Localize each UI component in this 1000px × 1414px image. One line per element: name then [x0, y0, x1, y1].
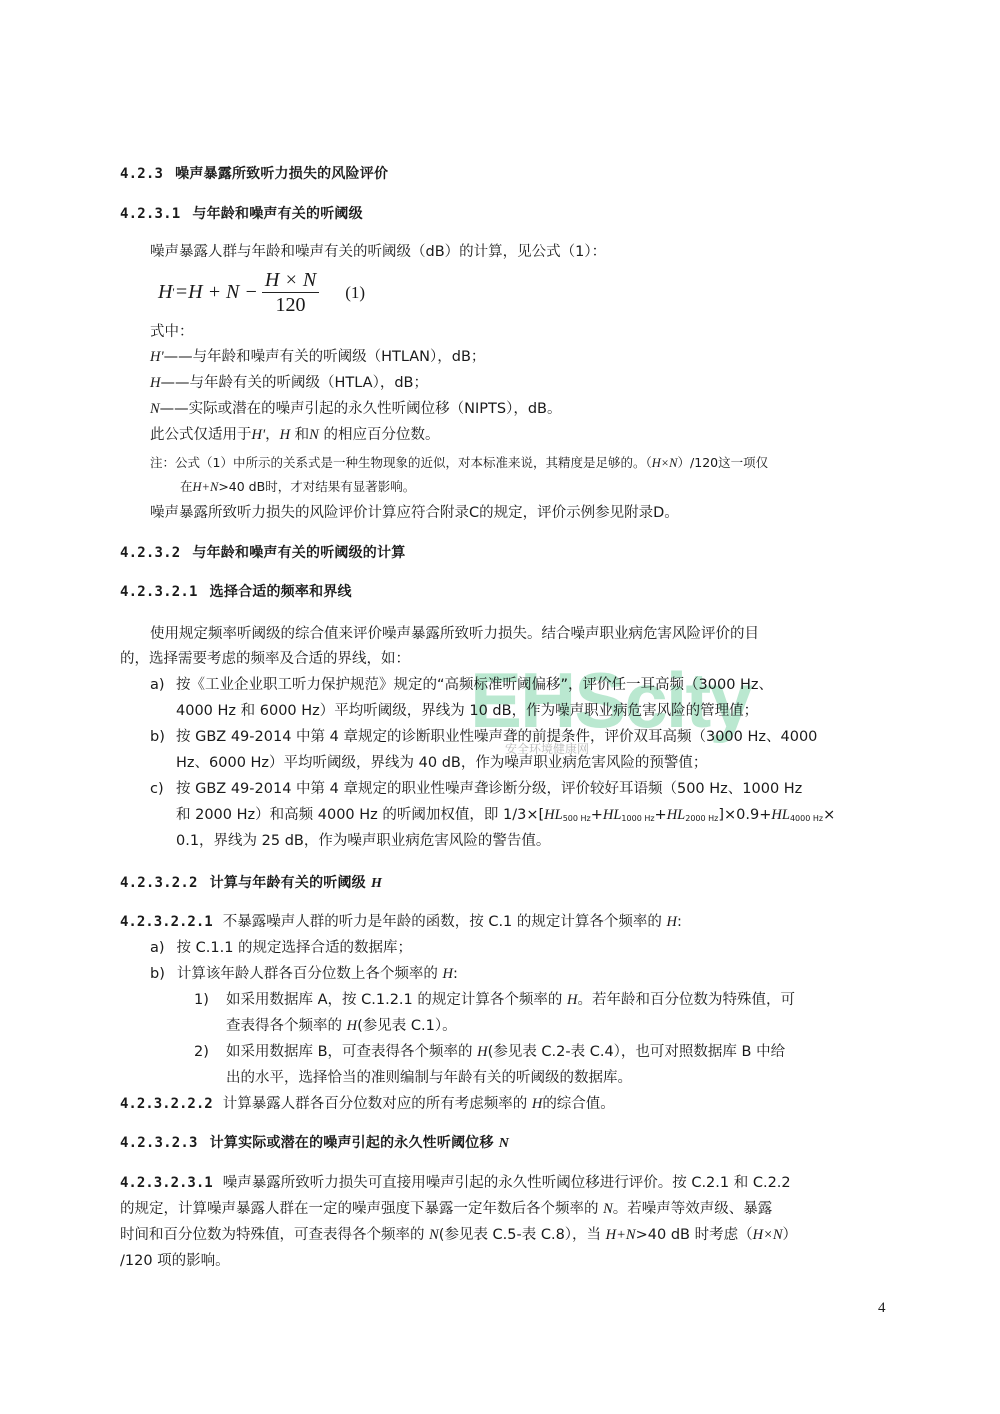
- heading-4-2-3: 4.2.3噪声暴露所致听力损失的风险评价: [120, 164, 388, 184]
- definition-n: N——实际或潜在的噪声引起的永久性听阈位移（NIPTS），dB。: [150, 399, 562, 419]
- heading-4-2-3-1: 4.2.3.1与年龄和噪声有关的听阈级: [120, 204, 363, 224]
- list-item-h-b: b)计算该年龄人群各百分位数上各个频率的 H:: [150, 964, 458, 984]
- clause-4-2-3-2-2-1: 4.2.3.2.2.1不暴露噪声人群的听力是年龄的函数，按 C.1 的规定计算各…: [120, 912, 682, 932]
- subitem-1-line-2: 查表得各个频率的 H(参见表 C.1）。: [226, 1016, 457, 1036]
- list-item-h-a: a)按 C.1.1 的规定选择合适的数据库；: [150, 938, 412, 958]
- heading-4-2-3-2: 4.2.3.2与年龄和噪声有关的听阈级的计算: [120, 543, 405, 563]
- list-item-c-line-2: 和 2000 Hz）和高频 4000 Hz 的听阈加权值，即 1/3×[HL50…: [176, 805, 835, 829]
- clause-4-2-3-2-3-1-line-3: 时间和百分位数为特殊值，可查表得各个频率的 N(参见表 C.5-表 C.8），当…: [120, 1225, 797, 1245]
- definition-h: H——与年龄有关的听阈级（HTLA），dB；: [150, 373, 428, 393]
- clause-4-2-3-2-3-1-line-4: /120 项的影响。: [120, 1251, 230, 1271]
- list-item-c-line-1: 按 GBZ 49-2014 中第 4 章规定的职业性噪声聋诊断分级，评价较好耳语…: [176, 779, 802, 799]
- subitem-2-line-2: 出的水平，选择恰当的准则编制与年龄有关的听阈级的数据库。: [226, 1068, 632, 1088]
- paragraph-frequency-line-1: 使用规定频率听阈级的综合值来评价噪声暴露所致听力损失。结合噪声职业病危害风险评价…: [150, 624, 759, 644]
- list-item-c-line-3: 0.1，界线为 25 dB，作为噪声职业病危害风险的警告值。: [176, 831, 550, 851]
- paragraph-frequency-line-2: 的，选择需要考虑的频率及合适的界线，如：: [120, 649, 410, 669]
- list-item-a-line-1: 按《工业企业职工听力保护规范》规定的“高频标准听阈偏移”，评价任一耳高频（300…: [176, 675, 773, 695]
- page-number: 4: [878, 1300, 886, 1317]
- clause-4-2-3-2-2-2: 4.2.3.2.2.2计算暴露人群各百分位数对应的所有考虑频率的 H的综合值。: [120, 1094, 615, 1114]
- note-line-2: 在H+N>40 dB时，才对结果有显著影响。: [180, 477, 415, 497]
- where-label: 式中：: [150, 322, 194, 342]
- definition-h-prime: H'——与年龄和噪声有关的听阈级（HTLAN），dB；: [150, 347, 485, 367]
- heading-4-2-3-2-2: 4.2.3.2.2计算与年龄有关的听阈级 H: [120, 873, 382, 894]
- subitem-2-label: 2): [194, 1042, 209, 1062]
- list-item-b-label: b): [150, 727, 165, 747]
- list-item-b-line-1: 按 GBZ 49-2014 中第 4 章规定的诊断职业性噪声聋的前提条件，评价双…: [176, 727, 817, 747]
- clause-4-2-3-2-3-1-line-2: 的规定，计算噪声暴露人群在一定的噪声强度下暴露一定年数后各个频率的 N。若噪声等…: [120, 1199, 772, 1219]
- subitem-1-label: 1): [194, 990, 209, 1010]
- formula-1: H' =H + N − H × N 120 (1): [158, 268, 365, 317]
- list-item-b-line-2: Hz、6000 Hz）平均听阈级，界线为 40 dB，作为噪声职业病危害风险的预…: [176, 753, 707, 773]
- appendix-reference: 噪声暴露所致听力损失的风险评价计算应符合附录C的规定，评价示例参见附录D。: [150, 503, 679, 523]
- heading-4-2-3-2-3: 4.2.3.2.3计算实际或潜在的噪声引起的永久性听阈位移 N: [120, 1133, 509, 1154]
- intro-paragraph: 噪声暴露人群与年龄和噪声有关的听阈级（dB）的计算，见公式（1）：: [150, 242, 606, 262]
- subitem-2-line-1: 如采用数据库 B，可查表得各个频率的 H(参见表 C.2-表 C.4），也可对照…: [226, 1042, 785, 1062]
- list-item-a-line-2: 4000 Hz 和 6000 Hz）平均听阈级，界线为 10 dB，作为噪声职业…: [176, 701, 758, 721]
- clause-4-2-3-2-3-1-line-1: 4.2.3.2.3.1噪声暴露所致听力损失可直接用噪声引起的永久性听阈位移进行评…: [120, 1173, 791, 1193]
- heading-4-2-3-2-1: 4.2.3.2.1选择合适的频率和界线: [120, 582, 352, 602]
- document-page: EHScity 安全环境健康网 4.2.3噪声暴露所致听力损失的风险评价 4.2…: [0, 0, 1000, 1414]
- subitem-1-line-1: 如采用数据库 A，按 C.1.2.1 的规定计算各个频率的 H。若年龄和百分位数…: [226, 990, 795, 1010]
- list-item-a-label: a): [150, 675, 165, 695]
- formula-applicability: 此公式仅适用于H'，H 和N 的相应百分位数。: [150, 425, 439, 445]
- list-item-c-label: c): [150, 779, 164, 799]
- note-line-1: 注：公式（1）中所示的关系式是一种生物现象的近似，对本标准来说，其精度是足够的。…: [150, 453, 768, 473]
